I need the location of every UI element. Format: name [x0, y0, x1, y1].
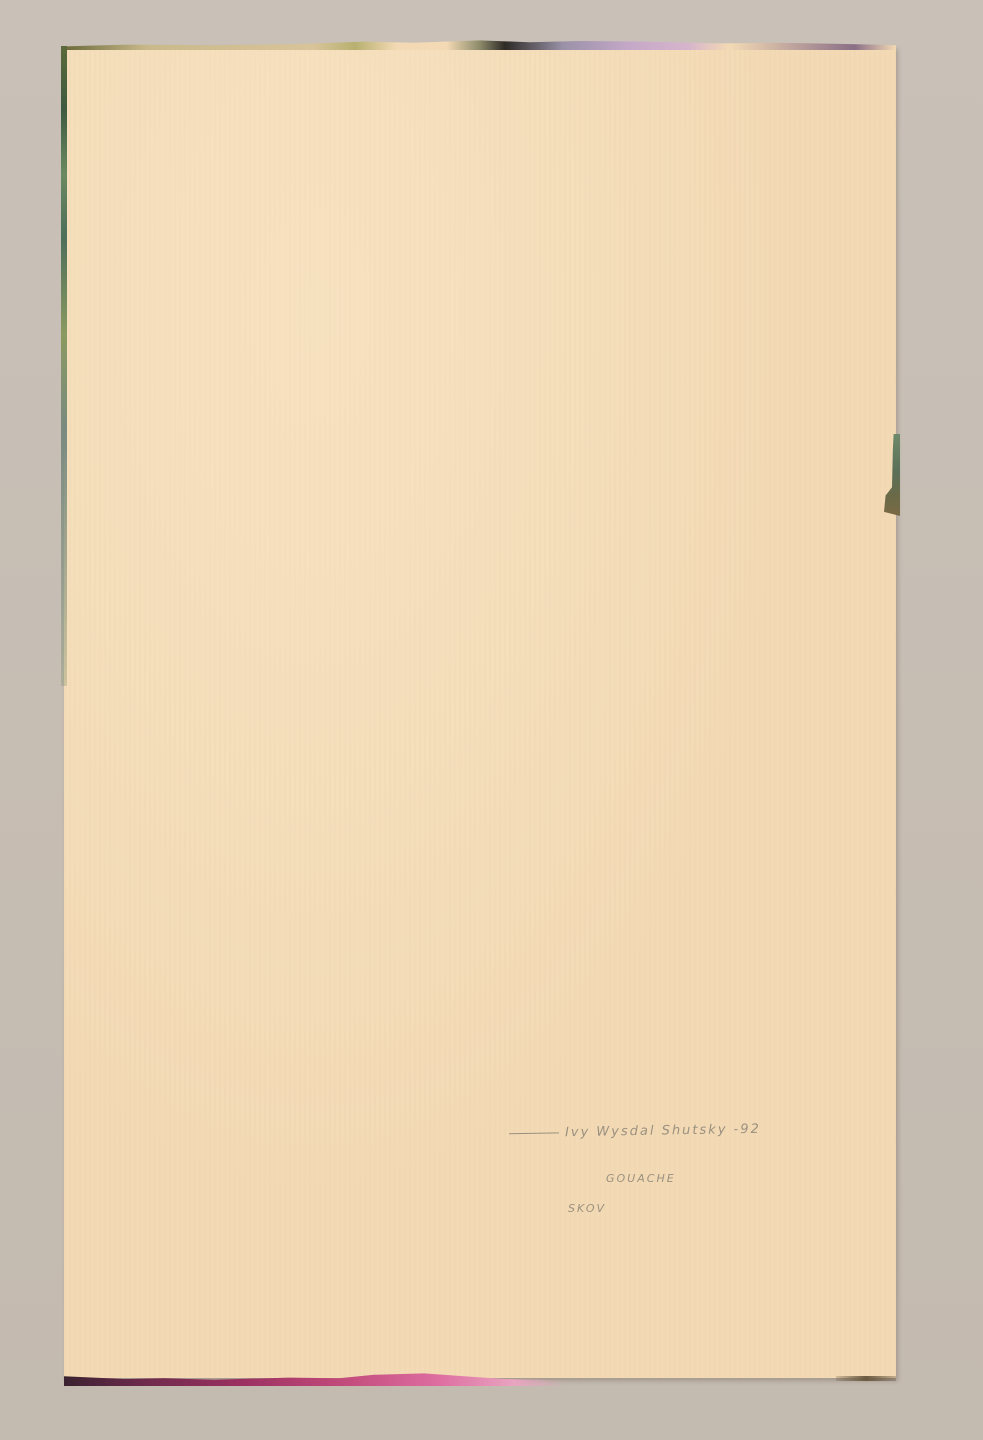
inscription-medium: GOUACHE: [606, 1172, 676, 1185]
inscription-artist-line: Ivy Wysdal Shutsky -92: [509, 1122, 761, 1141]
painted-top-edge: [64, 38, 896, 50]
painted-bottom-edge: [64, 1372, 564, 1386]
bottom-right-edge: [836, 1376, 896, 1381]
painted-left-edge: [61, 46, 67, 686]
inscription-artist-text: Ivy Wysdal Shutsky -92: [565, 1122, 761, 1140]
painted-right-blotch: [884, 434, 900, 516]
pencil-stroke: [509, 1132, 559, 1134]
artwork-paper-back: Ivy Wysdal Shutsky -92 GOUACHE SKOV: [64, 46, 896, 1378]
inscription-title: SKOV: [568, 1202, 606, 1215]
